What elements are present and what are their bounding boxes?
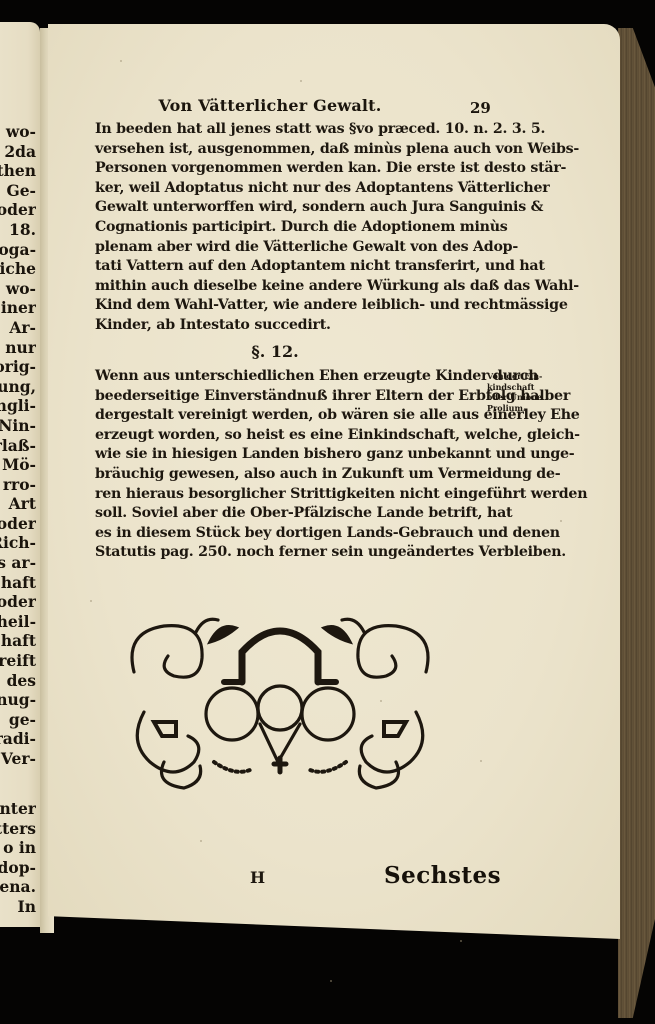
text-line: liche — [0, 259, 36, 279]
text-line: Ge- — [0, 181, 36, 201]
text-line: Ar- — [0, 318, 36, 338]
text-line: chaft — [0, 631, 36, 651]
text-line: radi- — [0, 729, 36, 749]
text-line: plenam aber wird die Vätterliche Gewalt … — [95, 238, 487, 258]
text-line: 2da — [0, 142, 36, 162]
text-line: wo- — [0, 122, 36, 142]
text-line: Cognationis participirt. Durch die Adopt… — [95, 218, 487, 238]
text-line: orig- — [0, 357, 36, 377]
text-line: heil- — [0, 612, 36, 632]
paper-speck — [120, 60, 122, 62]
paper-speck — [460, 940, 462, 942]
woodcut-ornament-icon — [124, 612, 436, 794]
text-line: In beeden hat all jenes statt was §vo pr… — [95, 120, 487, 140]
text-line: erzeugt worden, so heist es eine Einkind… — [95, 426, 487, 446]
text-line: ngli- — [0, 396, 36, 416]
catchword: Sechstes — [384, 862, 501, 889]
text-line: oder Unione — [487, 392, 555, 403]
text-line: oga- — [0, 240, 36, 260]
text-line: haft — [0, 573, 36, 593]
text-line: ge- — [0, 710, 36, 730]
text-line: ren hieraus besorglicher Strittigkeiten … — [95, 485, 487, 505]
text-line: es in diesem Stück bey dortigen Lands-Ge… — [95, 524, 487, 544]
text-line: tters — [0, 819, 36, 839]
paper-speck — [520, 150, 522, 152]
paper-speck — [560, 520, 562, 522]
text-line: 18. — [0, 220, 36, 240]
page-number: 29 — [470, 99, 491, 117]
text-line: versehen ist, ausgenommen, daß minùs ple… — [95, 140, 487, 160]
text-line: nug- — [0, 690, 36, 710]
text-line: Wenn aus unterschiedlichen Ehen erzeugte… — [95, 367, 487, 387]
text-line: Ver- — [0, 749, 36, 769]
text-line: ker, weil Adoptatus nicht nur des Adopta… — [95, 179, 487, 199]
text-line: iner — [0, 298, 36, 318]
text-line: then — [0, 161, 36, 181]
text-line: bräuchig gewesen, also auch in Zukunft u… — [95, 465, 487, 485]
text-line: nur — [0, 338, 36, 358]
text-line: rro- — [0, 475, 36, 495]
margin-note: Von der Ein-kindschaftoder UnioneProlium… — [487, 371, 555, 413]
text-line: Kinder, ab Intestato succedirt. — [95, 316, 487, 336]
paragraph-1: In beeden hat all jenes statt was §vo pr… — [95, 120, 487, 336]
text-line: oder — [0, 592, 36, 612]
left-page-text-lower: ntertterso indop-ena.In — [0, 799, 36, 917]
text-line: Von der Ein- — [487, 371, 555, 382]
text-line: Prolium. — [487, 403, 555, 414]
text-line: beederseitige Einverständnuß ihrer Elter… — [95, 387, 487, 407]
text-line: o in — [0, 838, 36, 858]
paper-speck — [300, 80, 302, 82]
text-line: Gewalt unterworffen wird, sondern auch J… — [95, 198, 487, 218]
text-line: Mö- — [0, 455, 36, 475]
text-line: dop- — [0, 858, 36, 878]
text-line: mithin auch dieselbe keine andere Würkun… — [95, 277, 487, 297]
signature-mark: H — [250, 868, 265, 887]
text-line: In — [0, 897, 36, 917]
paper-speck — [330, 980, 332, 982]
text-line: tati Vattern auf den Adoptantem nicht tr… — [95, 257, 487, 277]
text-line: Statutis pag. 250. noch ferner sein unge… — [95, 543, 487, 563]
paper-speck — [480, 760, 482, 762]
text-line: oder — [0, 514, 36, 534]
left-page-text-upper: wo-2dathenGe-oder18.oga-lichewo-inerAr-n… — [0, 122, 36, 769]
paper-speck — [90, 600, 92, 602]
text-line: Personen vorgenommen werden kan. Die ers… — [95, 159, 487, 179]
text-line: Rich- — [0, 533, 36, 553]
text-line: dergestalt vereinigt werden, ob wären si… — [95, 406, 487, 426]
text-line: wo- — [0, 279, 36, 299]
text-line: Kind dem Wahl-Vatter, wie andere leiblic… — [95, 296, 487, 316]
text-line: rlaß- — [0, 436, 36, 456]
section-heading: §. 12. — [220, 342, 330, 361]
text-line: ung, — [0, 377, 36, 397]
text-line: Nin- — [0, 416, 36, 436]
running-head: Von Vätterlicher Gewalt. — [150, 96, 390, 115]
page-block-fore-edge — [618, 28, 655, 1018]
text-line: nter — [0, 799, 36, 819]
text-line: wie sie in hiesigen Landen bishero ganz … — [95, 445, 487, 465]
paper-speck — [200, 840, 202, 842]
paper-speck — [380, 700, 382, 702]
left-page-edge: wo-2dathenGe-oder18.oga-lichewo-inerAr-n… — [0, 22, 40, 927]
text-line: s ar- — [0, 553, 36, 573]
text-line: oder — [0, 200, 36, 220]
text-line: ena. — [0, 877, 36, 897]
text-line: kindschaft — [487, 382, 555, 393]
text-line: reift — [0, 651, 36, 671]
paragraph-2: Wenn aus unterschiedlichen Ehen erzeugte… — [95, 367, 487, 563]
text-line: des — [0, 671, 36, 691]
text-line: Art — [0, 494, 36, 514]
text-line: soll. Soviel aber die Ober-Pfälzische La… — [95, 504, 487, 524]
